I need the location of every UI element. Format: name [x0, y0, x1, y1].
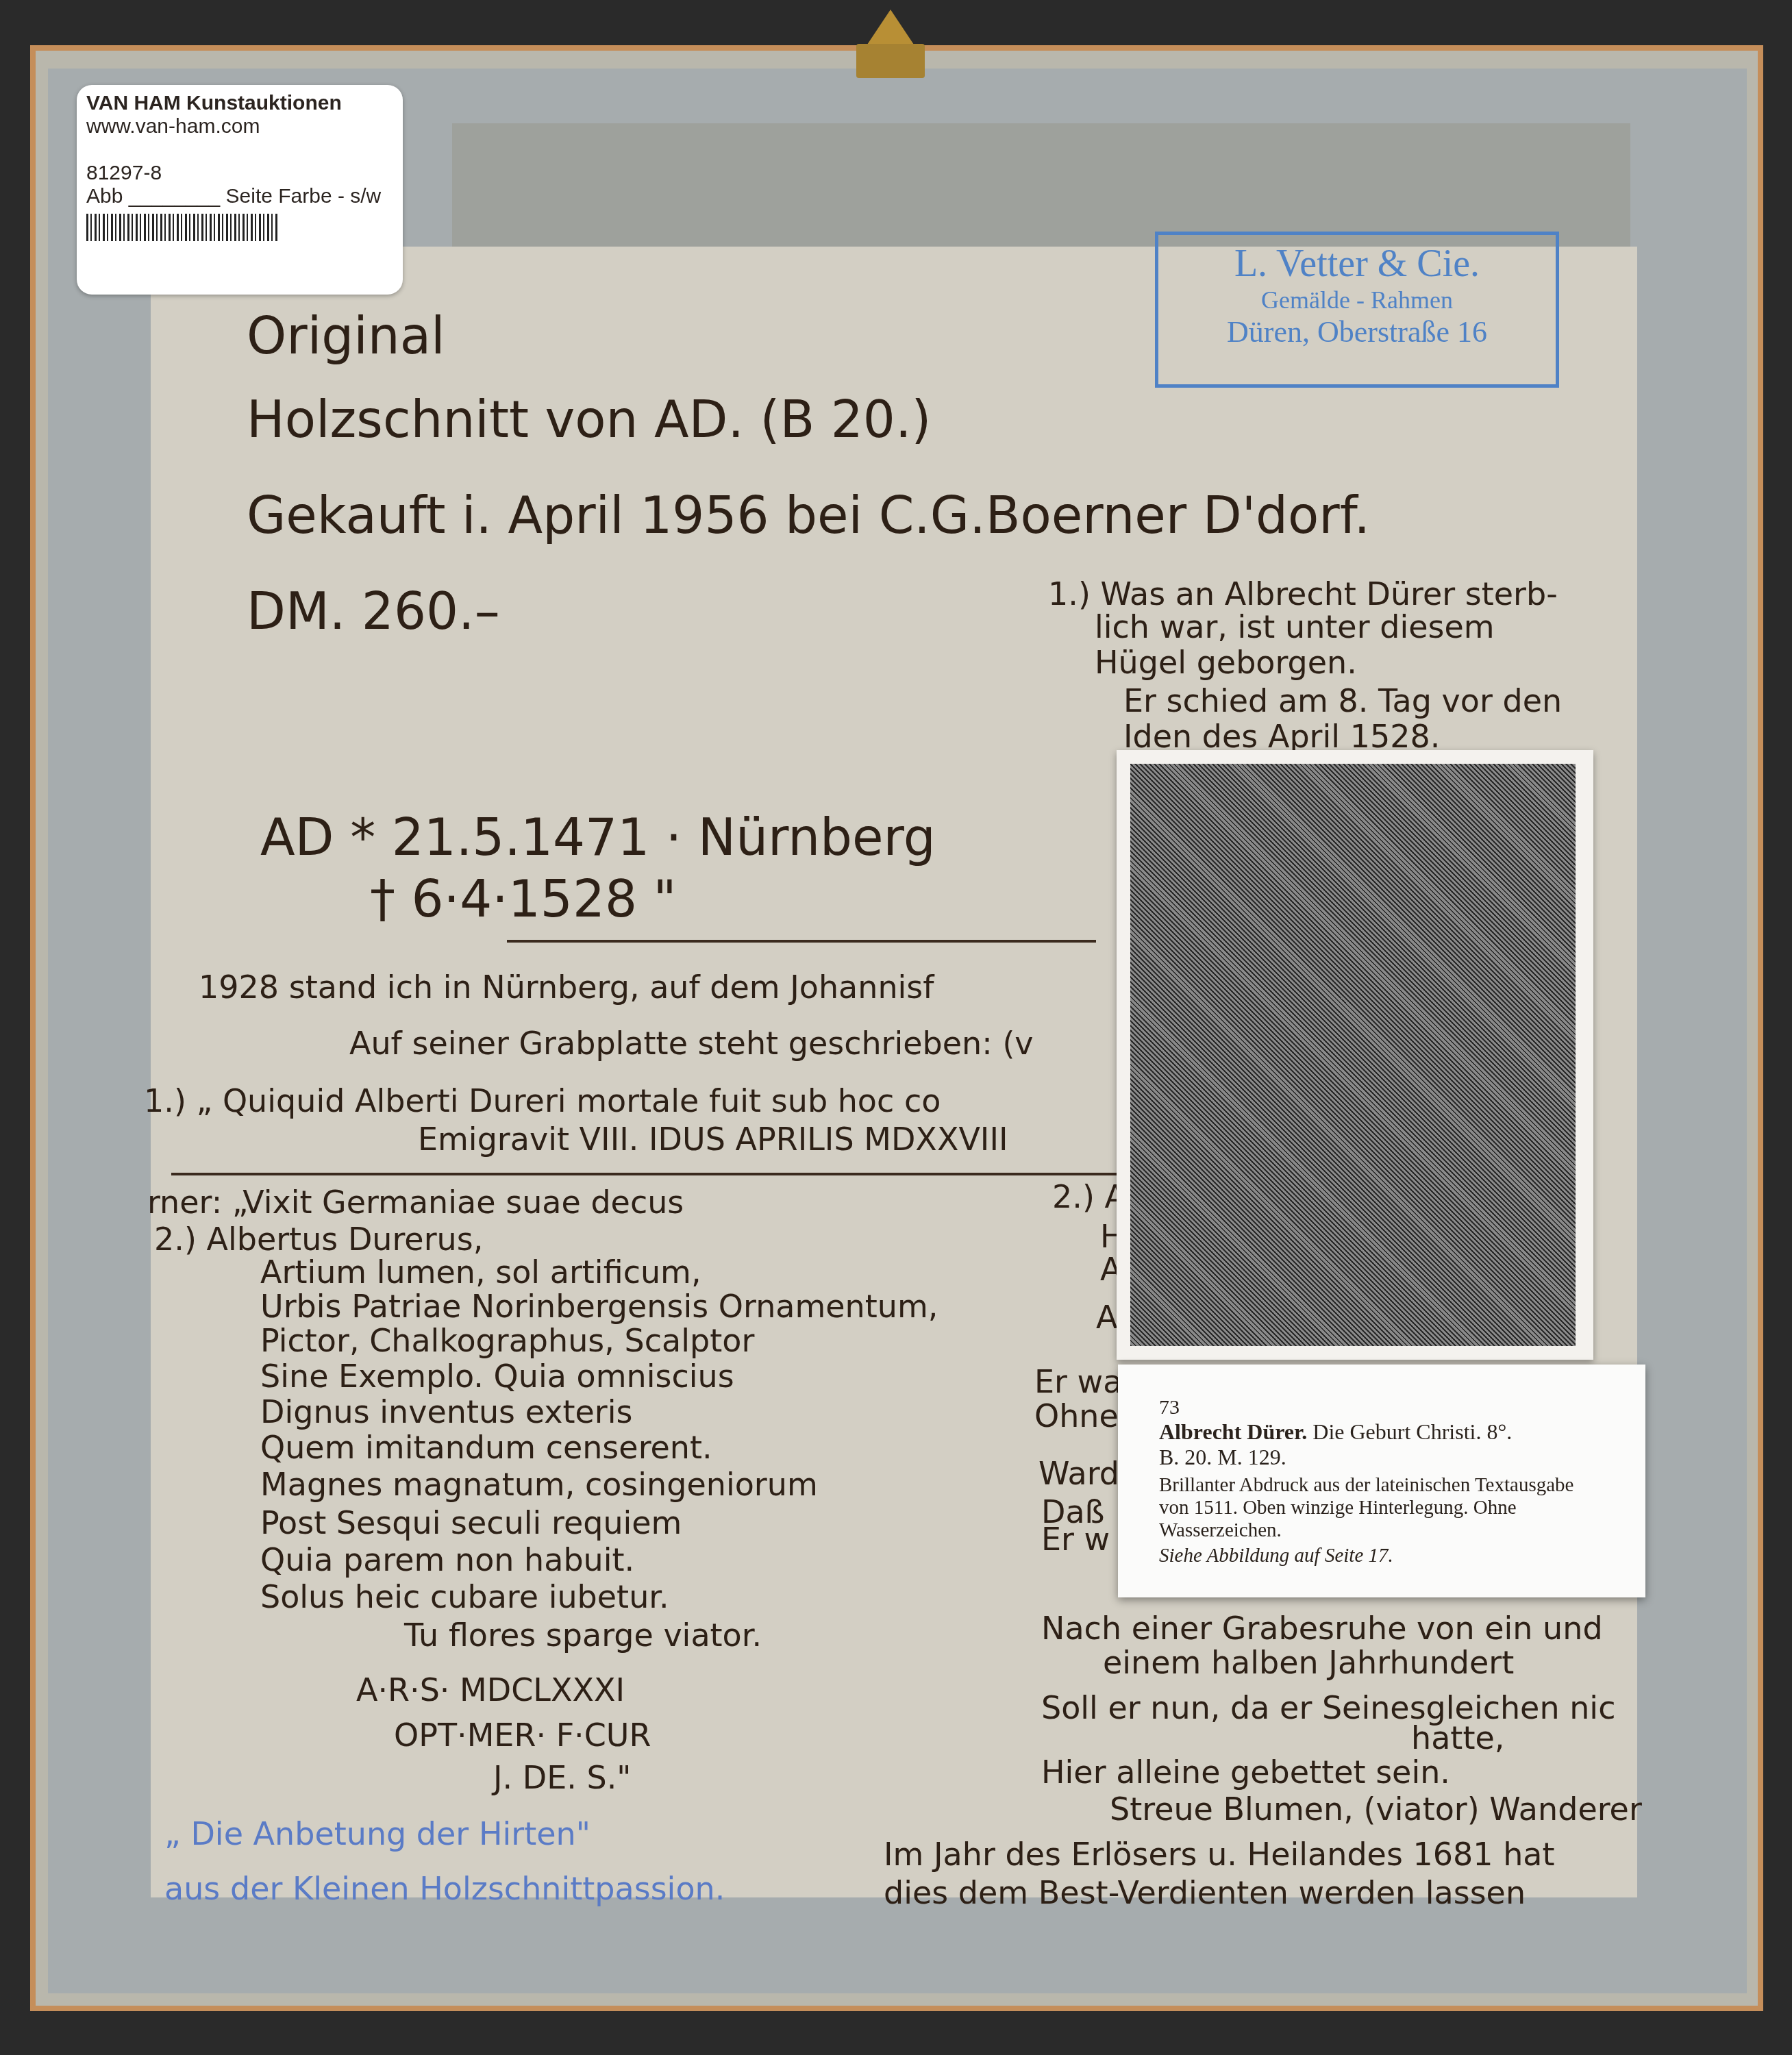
tape-strip — [452, 123, 1630, 247]
blue-note-line: „ Die Anbetung der Hirten" — [164, 1815, 590, 1852]
hand-death: † 6·4·1528 " — [370, 870, 677, 929]
catalog-number: 73 — [1159, 1396, 1645, 1419]
epitaph-line: Tu flores sparge viator. — [404, 1617, 762, 1654]
catalog-description: Brillanter Abdruck aus der lateinischen … — [1159, 1474, 1597, 1542]
translation-line: Ward — [1038, 1455, 1119, 1492]
epitaph-line: Quia parem non habuit. — [260, 1541, 634, 1578]
hanger-hook-icon — [843, 10, 938, 78]
epitaph-line: J. DE. S." — [493, 1759, 632, 1796]
epitaph-line: Quem imitandum censerent. — [260, 1429, 712, 1466]
translation-line: Streue Blumen, (viator) Wanderer — [1110, 1791, 1642, 1828]
translation-line: Im Jahr des Erlösers u. Heilandes 1681 h… — [884, 1836, 1555, 1873]
framer-stamp: L. Vetter & Cie. Gemälde - Rahmen Düren,… — [1155, 232, 1559, 388]
translation-line: Er w — [1041, 1521, 1110, 1558]
lot-code: 81297-8 — [86, 162, 393, 185]
note1-line: Hügel geborgen. — [1095, 644, 1357, 681]
translation-line: 2.) A — [1052, 1178, 1126, 1215]
epitaph-line: 2.) Albertus Durerus, — [154, 1221, 483, 1258]
hand-woodcut: Holzschnitt von AD. (B 20.) — [247, 390, 931, 449]
stamp-address: Düren, Oberstraße 16 — [1158, 314, 1556, 349]
hand-purchase: Gekauft i. April 1956 bei C.G.Boerner D'… — [247, 486, 1370, 545]
translation-line: Ohne — [1034, 1397, 1119, 1434]
note1-line: 1.) Was an Albrecht Dürer sterb- — [1048, 575, 1558, 612]
translation-line: Er wa — [1034, 1363, 1122, 1400]
stamp-trade: Gemälde - Rahmen — [1158, 286, 1556, 314]
auction-label: VAN HAM Kunstauktionen www.van-ham.com 8… — [77, 85, 403, 295]
hand-price: DM. 260.– — [247, 582, 500, 641]
epitaph-line: OPT·MER· F·CUR — [394, 1717, 651, 1754]
auction-website: www.van-ham.com — [86, 115, 393, 138]
epitaph-line: Urbis Patriae Norinbergensis Ornamentum, — [260, 1288, 938, 1325]
epitaph-line: Solus heic cubare iubetur. — [260, 1578, 669, 1615]
catalog-see-also: Siehe Abbildung auf Seite 17. — [1159, 1545, 1645, 1567]
hand-original: Original — [247, 307, 445, 366]
epitaph-line: Artium lumen, sol artificum, — [260, 1254, 701, 1291]
epitaph-line: rner: „Vixit Germaniae suae decus — [147, 1184, 684, 1221]
story-line: Emigravit VIII. IDUS APRILIS MDXXVIII — [418, 1121, 1008, 1158]
story-line: Auf seiner Grabplatte steht geschrieben:… — [349, 1025, 1034, 1062]
translation-line: A — [1096, 1299, 1117, 1336]
epitaph-line: Post Sesqui seculi requiem — [260, 1504, 682, 1541]
translation-line: hatte, — [1411, 1719, 1504, 1756]
translation-line: einem halben Jahrhundert — [1103, 1644, 1514, 1681]
nativity-woodcut-image — [1130, 764, 1576, 1346]
divider — [171, 1173, 1123, 1175]
catalog-reference: B. 20. M. 129. — [1159, 1445, 1645, 1470]
blue-note-line: aus der Kleinen Holzschnittpassion. — [164, 1870, 725, 1907]
translation-line: Nach einer Grabesruhe von ein und — [1041, 1610, 1603, 1647]
catalog-title: Die Geburt Christi. 8°. — [1312, 1419, 1512, 1444]
translation-line: Hier alleine gebettet sein. — [1041, 1754, 1450, 1791]
epitaph-line: Pictor, Chalkographus, Scalptor — [260, 1322, 754, 1359]
note1-line: lich war, ist unter diesem — [1095, 608, 1495, 645]
barcode-icon — [86, 214, 278, 241]
auction-company: VAN HAM Kunstauktionen — [86, 92, 393, 115]
epitaph-line: Dignus inventus exteris — [260, 1393, 632, 1430]
label-fields: Abb ________ Seite Farbe - s/w — [86, 185, 393, 208]
catalog-artist: Albrecht Dürer. — [1159, 1419, 1307, 1444]
hand-birth: AD * 21.5.1471 · Nürnberg — [260, 808, 936, 867]
epitaph-line: A·R·S· MDCLXXXI — [356, 1671, 625, 1708]
epitaph-line: Magnes magnatum, cosingeniorum — [260, 1466, 818, 1503]
translation-line: dies dem Best-Verdienten werden lassen — [884, 1874, 1526, 1911]
translation-line: Soll er nun, da er Seinesgleichen nic — [1041, 1689, 1615, 1726]
note1-line: Iden des April 1528. — [1123, 718, 1440, 755]
stamp-name: L. Vetter & Cie. — [1158, 242, 1556, 286]
epitaph-line: Sine Exemplo. Quia omniscius — [260, 1358, 734, 1395]
divider — [507, 940, 1096, 943]
story-line: 1928 stand ich in Nürnberg, auf dem Joha… — [199, 969, 934, 1006]
woodcut-print-clipping — [1117, 750, 1593, 1360]
note1-line: Er schied am 8. Tag vor den — [1123, 682, 1562, 719]
story-line: 1.) „ Quiquid Alberti Dureri mortale fui… — [144, 1082, 941, 1119]
catalog-clipping: 73 Albrecht Dürer. Die Geburt Christi. 8… — [1118, 1365, 1645, 1597]
